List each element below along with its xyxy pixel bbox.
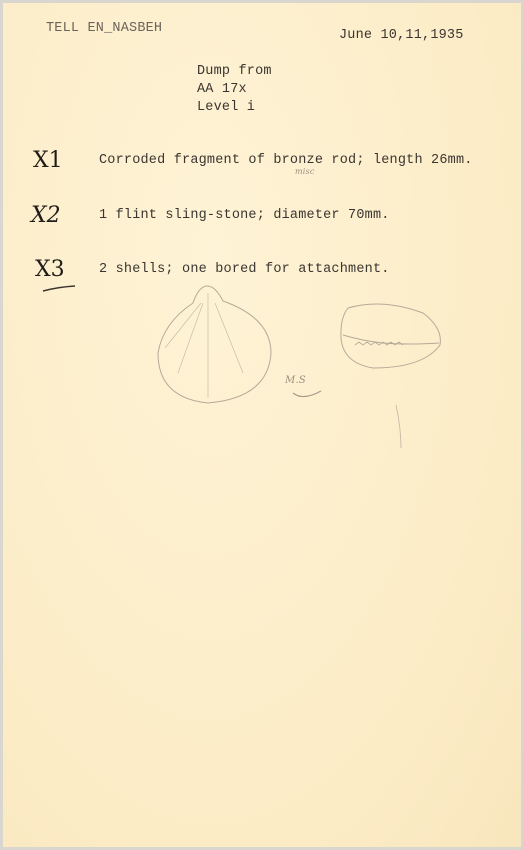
sketch-initials: M.S <box>285 375 306 386</box>
shell-sketches <box>3 3 521 847</box>
record-card: TELL EN_NASBEH June 10,11,1935 Dump from… <box>3 3 521 847</box>
